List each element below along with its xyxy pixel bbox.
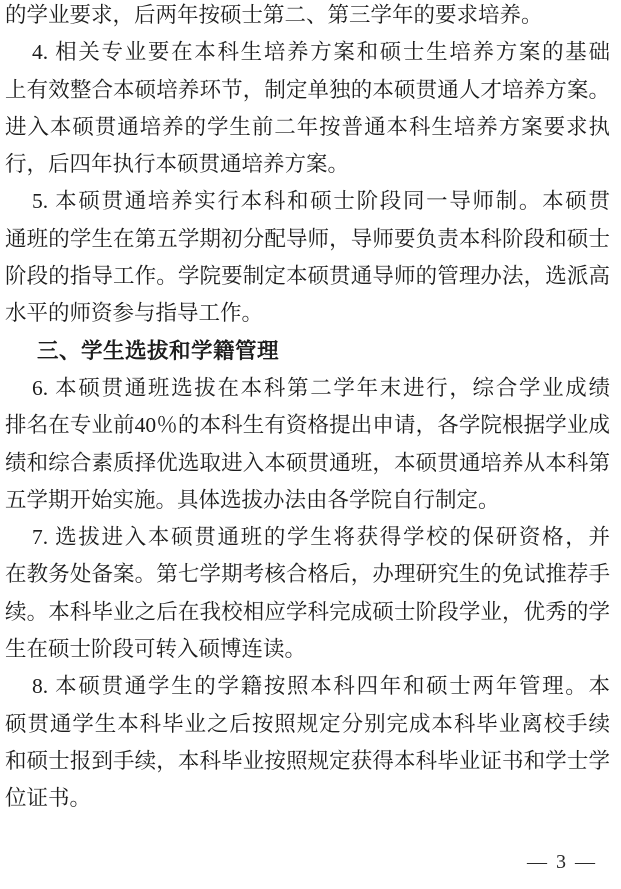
text-line: 阶段的指导工作。学院要制定本硕贯通导师的管理办法，选派高 bbox=[5, 258, 610, 295]
text-line: 5. 本硕贯通培养实行本科和硕士阶段同一导师制。本硕贯 bbox=[5, 183, 610, 220]
document-body: 的学业要求，后两年按硕士第二、第三学年的要求培养。 4. 相关专业要在本科生培养… bbox=[5, 0, 610, 818]
text-line: 五学期开始实施。具体选拔办法由各学院自行制定。 bbox=[5, 482, 610, 519]
page-number: — 3 — bbox=[527, 849, 597, 875]
section-heading: 三、学生选拔和学籍管理 bbox=[5, 333, 610, 370]
text-line: 硕贯通学生本科毕业之后按照规定分别完成本科毕业离校手续 bbox=[5, 706, 610, 743]
text-line: 位证书。 bbox=[5, 780, 610, 817]
text-line: 续。本科毕业之后在我校相应学科完成硕士阶段学业，优秀的学 bbox=[5, 594, 610, 631]
text-line: 水平的师资参与指导工作。 bbox=[5, 295, 610, 332]
text-line: 上有效整合本硕培养环节，制定单独的本硕贯通人才培养方案。 bbox=[5, 72, 610, 109]
text-line: 4. 相关专业要在本科生培养方案和硕士生培养方案的基础 bbox=[5, 34, 610, 71]
text-line: 通班的学生在第五学期初分配导师，导师要负责本科阶段和硕士 bbox=[5, 221, 610, 258]
text-line: 在教务处备案。第七学期考核合格后，办理研究生的免试推荐手 bbox=[5, 556, 610, 593]
document-page: 的学业要求，后两年按硕士第二、第三学年的要求培养。 4. 相关专业要在本科生培养… bbox=[0, 0, 621, 889]
text-line: 和硕士报到手续，本科毕业按照规定获得本科毕业证书和学士学 bbox=[5, 743, 610, 780]
text-line: 排名在专业前40％的本科生有资格提出申请，各学院根据学业成 bbox=[5, 407, 610, 444]
text-line: 6. 本硕贯通班选拔在本科第二学年末进行，综合学业成绩 bbox=[5, 370, 610, 407]
text-line: 生在硕士阶段可转入硕博连读。 bbox=[5, 631, 610, 668]
text-line: 进入本硕贯通培养的学生前二年按普通本科生培养方案要求执 bbox=[5, 109, 610, 146]
text-line: 绩和综合素质择优选取进入本硕贯通班，本硕贯通培养从本科第 bbox=[5, 445, 610, 482]
text-line: 的学业要求，后两年按硕士第二、第三学年的要求培养。 bbox=[5, 0, 610, 34]
text-line: 行，后四年执行本硕贯通培养方案。 bbox=[5, 146, 610, 183]
text-line: 7. 选拔进入本硕贯通班的学生将获得学校的保研资格，并 bbox=[5, 519, 610, 556]
text-line: 8. 本硕贯通学生的学籍按照本科四年和硕士两年管理。本 bbox=[5, 668, 610, 705]
